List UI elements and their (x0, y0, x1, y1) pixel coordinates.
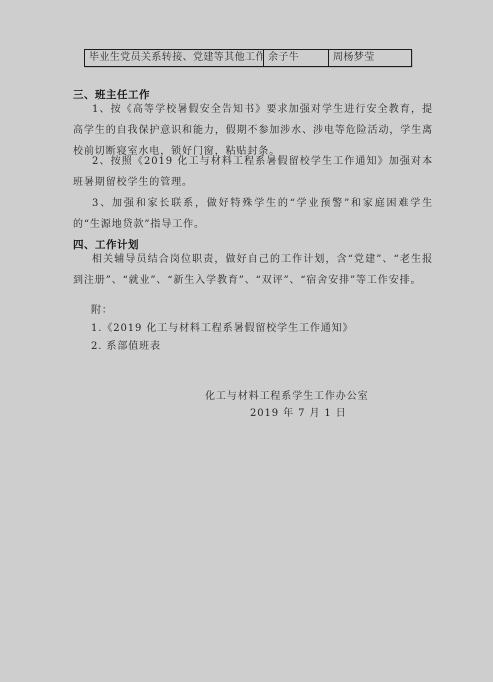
table-cell-person1: 余子牛 (264, 50, 329, 66)
attachments-label: 附： (91, 304, 113, 318)
signature-date: 2019 年 7 月 1 日 (250, 407, 347, 421)
section3-paragraph-3: 3、加强和家长联系，做好特殊学生的“学业预警”和家庭困难学生的“生源地贷款”指导… (73, 193, 433, 235)
attachment-item-2: 2. 系部值班表 (91, 340, 161, 354)
section4-paragraph: 相关辅导员结合岗位职责，做好自己的工作计划，含“党建”、“老生报到注册”、“就业… (73, 249, 433, 291)
attachment-item-1: 1.《2019 化工与材料工程系暑假留校学生工作通知》 (91, 322, 353, 336)
duty-table-row: 毕业生党员关系转接、党建等其他工作 余子牛 周杨梦莹 (84, 49, 412, 67)
table-cell-person2: 周杨梦莹 (329, 50, 411, 66)
section3-paragraph-2: 2、按照《2019 化工与材料工程系暑假留校学生工作通知》加强对本班暑期留校学生… (73, 151, 433, 193)
document-page: 毕业生党员关系转接、党建等其他工作 余子牛 周杨梦莹 三、班主任工作 1、按《高… (0, 0, 493, 682)
table-cell-task: 毕业生党员关系转接、党建等其他工作 (85, 50, 264, 66)
signature-office: 化工与材料工程系学生工作办公室 (205, 390, 369, 404)
